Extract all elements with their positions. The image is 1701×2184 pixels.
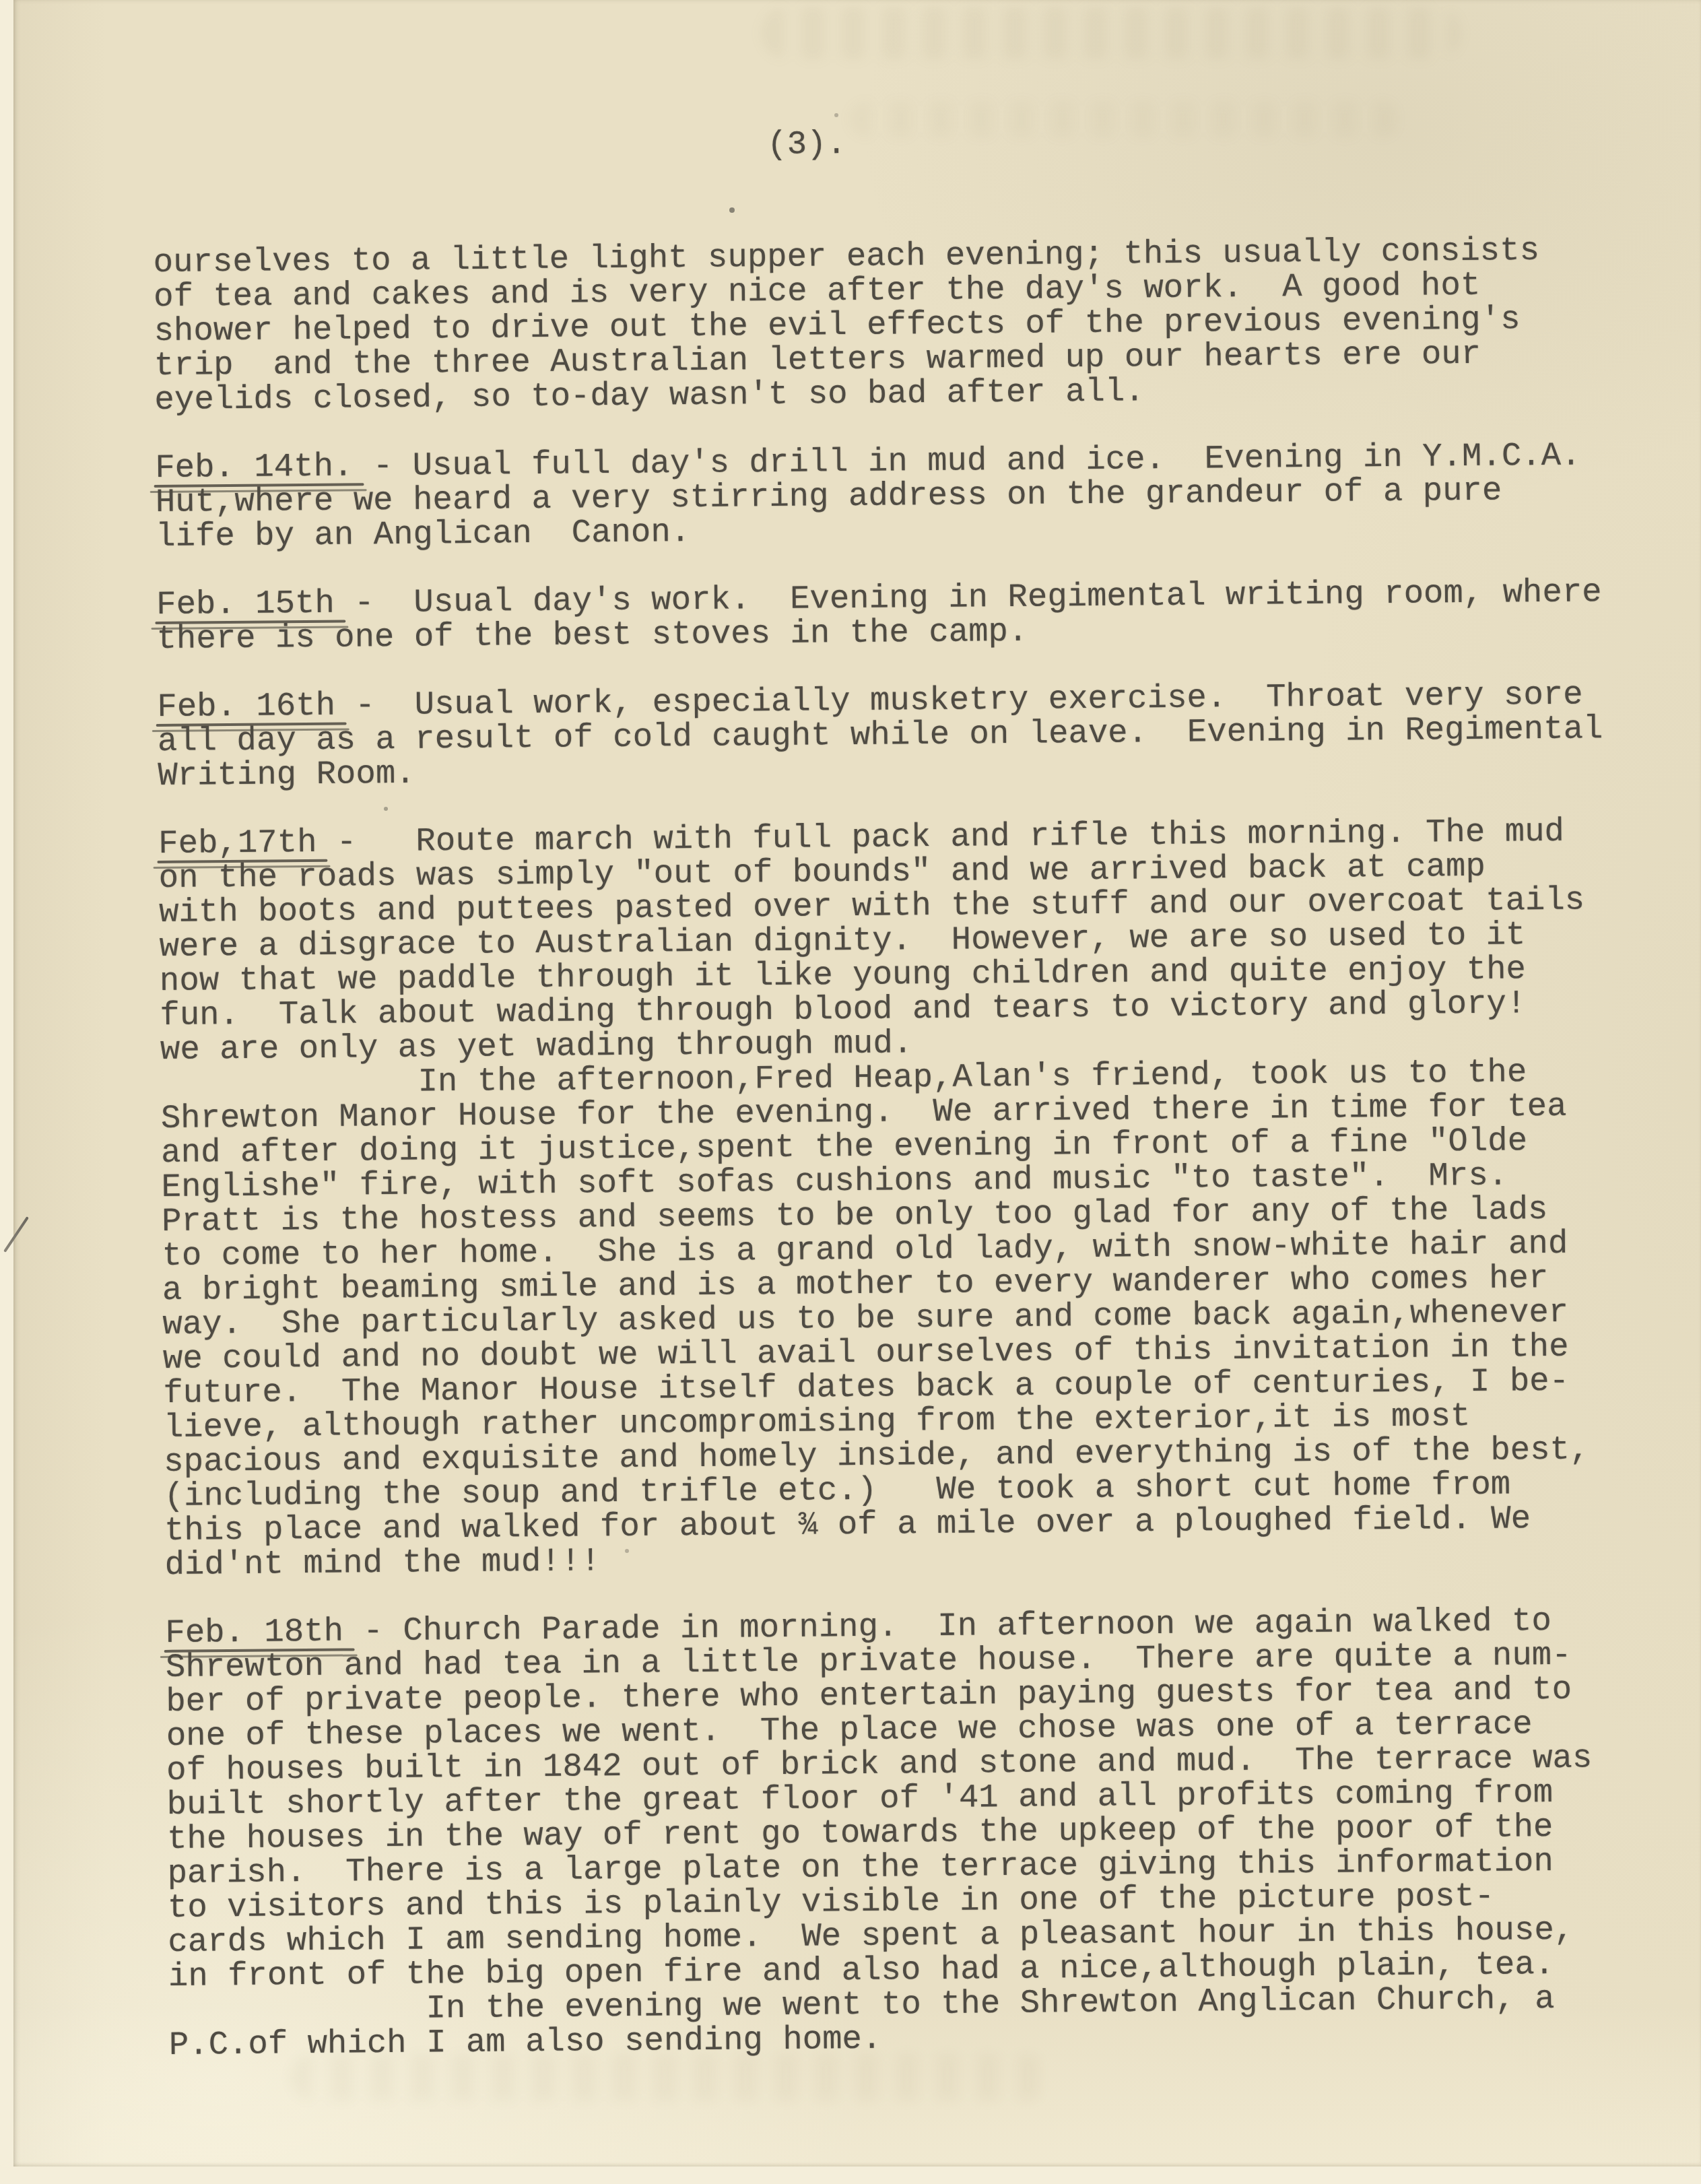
- diary-entry: Feb. 15th - Usual day's work. Evening in…: [156, 575, 1645, 657]
- ink-speck: [729, 207, 735, 213]
- diary-entry: ourselves to a little light supper each …: [153, 233, 1642, 418]
- ink-speck: [625, 1549, 629, 1553]
- entry-date: Feb. 18th: [165, 1615, 343, 1651]
- diary-entry: Feb. 16th - Usual work, especially muske…: [157, 677, 1646, 793]
- diary-entry: Feb. 14th. - Usual full day's drill in m…: [155, 438, 1644, 554]
- page-number: (3).: [767, 121, 1640, 162]
- diary-entries: ourselves to a little light supper each …: [153, 233, 1657, 2063]
- entry-date: Feb. 16th: [157, 689, 335, 725]
- entry-date: Feb,17th: [158, 826, 317, 861]
- entry-date: Feb. 14th.: [155, 449, 353, 486]
- ink-speck: [384, 807, 388, 811]
- typed-text-block: (3). ourselves to a little light supper …: [152, 121, 1657, 2063]
- ink-speck: [834, 113, 838, 117]
- diary-entry: Feb,17th - Route march with full pack an…: [158, 814, 1653, 1583]
- bleed-through-smudge-top: [761, 7, 1461, 59]
- entry-date: Feb. 15th: [156, 587, 335, 622]
- diary-entry: Feb. 18th - Church Parade in morning. In…: [165, 1603, 1657, 2063]
- scanned-diary-page: { "colors": { "paper": "#e9e0c5", "ink":…: [0, 0, 1701, 2184]
